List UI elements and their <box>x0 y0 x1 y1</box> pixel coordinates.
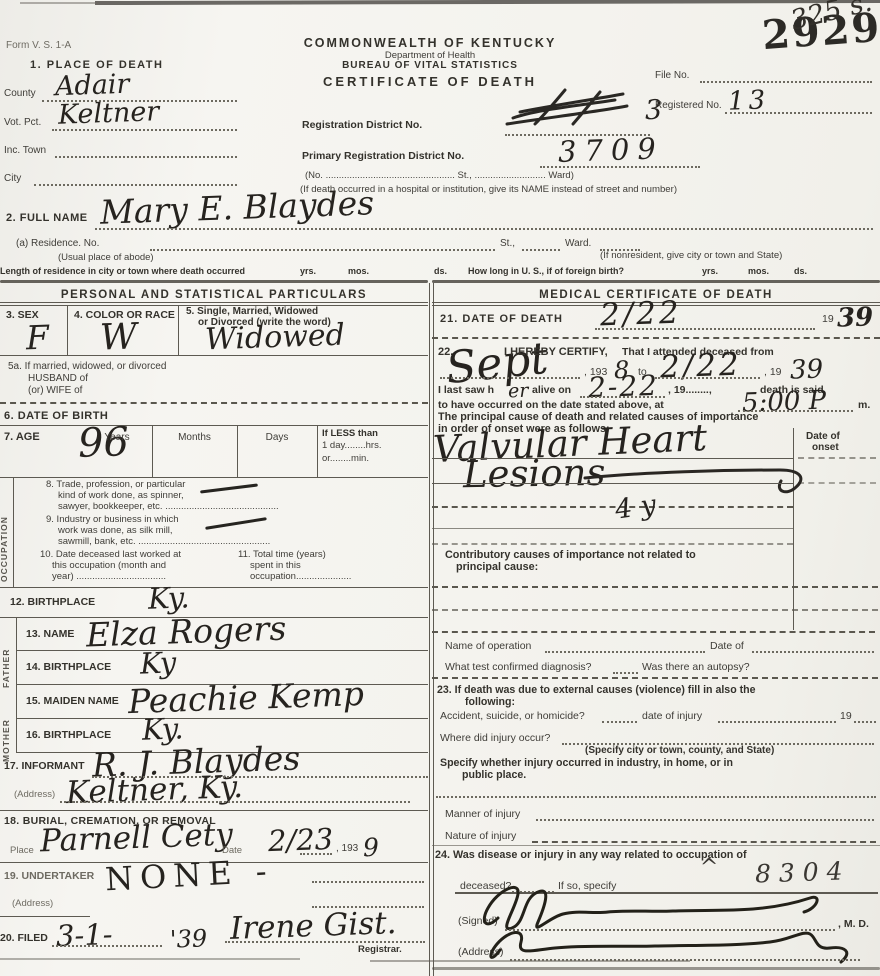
contributory-line-1: Contributory causes of importance not re… <box>445 549 696 561</box>
scan-artifact-top <box>95 0 880 5</box>
father-name-line <box>16 650 428 651</box>
age-value: 96 <box>77 419 129 467</box>
residence-ward-label: Ward. <box>565 238 591 249</box>
nature-line <box>532 840 876 843</box>
contributory-rule-3 <box>432 630 875 633</box>
external-line-1: 23. If death was due to external causes … <box>437 684 756 696</box>
certify-to-value: 2/22 <box>659 347 742 386</box>
title-certificate: CERTIFICATE OF DEATH <box>250 74 610 89</box>
cause-rule-4 <box>432 528 793 529</box>
lastworked-line-3: year) .................................. <box>52 571 166 582</box>
bottom-smudge-left <box>0 958 300 960</box>
primary-district-value: 3709 <box>557 131 664 169</box>
husband-divider <box>0 401 428 404</box>
residence-st-line <box>522 248 560 251</box>
title-bureau: BUREAU OF VITAL STATISTICS <box>250 60 610 71</box>
sex-value: F <box>25 318 49 358</box>
operation-line <box>545 650 705 653</box>
lastsaw-a: I last saw h <box>438 384 494 396</box>
mother-name-label: 15. MAIDEN NAME <box>26 695 119 707</box>
father-vertical-label: FATHER <box>1 626 11 688</box>
mother-bp-label: 16. BIRTHPLACE <box>26 729 111 741</box>
reg-district-scribble <box>505 88 635 128</box>
contributory-rule-1 <box>432 585 878 588</box>
informant-divider <box>0 810 428 811</box>
birthplace-label: 12. BIRTHPLACE <box>10 596 95 608</box>
county-label: County <box>4 88 36 99</box>
undertaker-value: NONE - <box>104 852 274 899</box>
lastworked-line-1: 10. Date deceased last worked at <box>40 549 181 560</box>
industry-line-1: 9. Industry or business in which <box>46 514 179 525</box>
informant-addr-label: (Address) <box>14 789 55 800</box>
mother-vertical-label: MOTHER <box>1 696 11 762</box>
inc-town-label: Inc. Town <box>4 145 46 156</box>
external-line-2: following: <box>465 696 515 708</box>
nature-divider <box>432 845 880 846</box>
full-name-line <box>95 227 873 230</box>
marital-value: Widowed <box>204 318 345 358</box>
residence-sublabel: (Usual place of abode) <box>58 252 154 263</box>
filed-date-value: 3-1- <box>55 917 113 953</box>
lastsaw-line <box>580 395 665 398</box>
city-label: City <box>4 173 21 184</box>
certify-bold: I HEREBY CERTIFY, <box>504 346 608 358</box>
manner-line <box>536 818 874 821</box>
manner-label: Manner of injury <box>445 808 520 820</box>
undertaker-addr-label: (Address) <box>12 898 53 909</box>
scan-artifact-top-left <box>20 2 100 4</box>
burial-date-line <box>300 852 332 855</box>
informant-addr-value: Keltner, Ky. <box>65 769 243 811</box>
full-name-label: 2. FULL NAME <box>6 212 88 224</box>
industry-line-3: sawmill, bank, etc. ....................… <box>58 536 270 547</box>
occupation-box-left <box>13 477 14 587</box>
operation-date-line <box>752 650 874 653</box>
divider-main-right <box>432 280 880 283</box>
length-yrs: yrs. <box>300 266 316 276</box>
operation-date-label: Date of <box>710 640 744 652</box>
husband-line-3: (or) WIFE of <box>28 385 82 396</box>
cause-rule-3 <box>432 505 793 508</box>
informant-addr-line <box>60 800 410 803</box>
lastsaw-c: , 19........, <box>668 384 712 396</box>
age-days-header: Days <box>237 432 317 443</box>
informant-label: 17. INFORMANT <box>4 760 85 772</box>
dod-year-printed: 19 <box>822 313 834 325</box>
undertaker-label: 19. UNDERTAKER <box>4 870 94 882</box>
length-residence-label: Length of residence in city or town wher… <box>0 266 245 276</box>
operation-label: Name of operation <box>445 640 531 652</box>
external-line-3b: date of injury <box>642 710 702 722</box>
onset-header-2: onset <box>812 442 839 453</box>
cause-rule-5 <box>432 542 793 545</box>
trade-blank-dash-mark <box>200 483 258 493</box>
husband-line-2: HUSBAND of <box>28 373 88 384</box>
contributory-line-2: principal cause: <box>456 561 538 573</box>
external-3c-line <box>854 720 876 723</box>
form-code: Form V. S. 1-A <box>6 40 71 51</box>
foreign-mos: mos. <box>748 266 769 276</box>
undertaker-divider <box>0 916 90 917</box>
external-line-5: (Specify city or town, county, and State… <box>585 745 774 756</box>
totaltime-line-2: spent in this <box>250 560 301 571</box>
specify-caret-mark: ^ <box>700 855 719 881</box>
registrar-line <box>225 940 425 943</box>
birthplace-value: Ky. <box>147 580 190 615</box>
burial-year-printed: , 193 <box>336 843 358 854</box>
age-months-header: Months <box>152 432 237 443</box>
test-label: What test confirmed diagnosis? <box>445 661 592 673</box>
nonresident-note: (If nonresident, give city or town and S… <box>600 250 782 261</box>
age-cell-line-1 <box>152 425 153 477</box>
father-bp-label: 14. BIRTHPLACE <box>26 661 111 673</box>
age-label: 7. AGE <box>4 431 40 443</box>
age-cell-line-3 <box>317 425 318 477</box>
divider-main-left <box>0 280 428 283</box>
city-line <box>34 183 237 186</box>
onset-header-1: Date of <box>806 431 840 442</box>
age-years-header: Years <box>82 432 152 443</box>
primary-district-line <box>540 165 700 168</box>
onset-value: 4 y <box>613 489 658 525</box>
personal-section-title: PERSONAL AND STATISTICAL PARTICULARS <box>0 289 428 301</box>
external-line-3a: Accident, suicide, or homicide? <box>440 710 585 722</box>
foreign-ds: ds. <box>794 266 807 276</box>
totaltime-line-3: occupation..................... <box>250 571 351 582</box>
registrar-label: Registrar. <box>358 944 402 955</box>
title-commonwealth: COMMONWEALTH OF KENTUCKY <box>250 36 610 50</box>
father-name-label: 13. NAME <box>26 628 74 640</box>
street-line: (No. ...................................… <box>305 170 574 181</box>
external-3a-line <box>602 720 637 723</box>
dob-divider <box>0 425 428 426</box>
residence-line <box>150 248 495 251</box>
cell-line-2 <box>178 305 179 355</box>
mother-bp-value: Ky. <box>141 711 184 746</box>
contributory-rule-2 <box>432 608 878 611</box>
physician-address-line <box>510 958 860 961</box>
totaltime-line-1: 11. Total time (years) <box>238 549 326 560</box>
inc-town-line <box>55 155 237 158</box>
lastworked-line-2: this occupation (month and <box>52 560 166 571</box>
external-line-3c: 19 <box>840 710 852 722</box>
dod-year-value: 39 <box>836 302 873 333</box>
occurred-m: m. <box>858 399 870 411</box>
external-line-6: Specify whether injury occurred in indus… <box>440 757 733 769</box>
age-less-3: or........min. <box>322 453 369 464</box>
file-no-line <box>700 80 872 83</box>
filed-year-value: '39 <box>170 924 208 953</box>
death-certificate: Form V. S. 1-A 1. PLACE OF DEATH County … <box>0 0 880 976</box>
test-line <box>613 671 638 674</box>
marital-label-1: 5. Single, Married, Widowed <box>186 306 318 317</box>
age-less-1: If LESS than <box>322 428 378 439</box>
length-ds: ds. <box>434 266 447 276</box>
physician-address-signature <box>485 920 865 970</box>
external-line-4: Where did injury occur? <box>440 732 550 744</box>
cause-rule-2 <box>432 483 793 484</box>
burial-place-label: Place <box>10 845 34 856</box>
mother-name-line <box>16 718 428 719</box>
external-3b-line <box>718 720 836 723</box>
autopsy-underline <box>432 676 878 679</box>
cell-line-1 <box>67 305 68 355</box>
primary-district-label: Primary Registration District No. <box>302 150 464 162</box>
length-mos: mos. <box>348 266 369 276</box>
certify-to-line <box>655 376 760 379</box>
vot-pct-line <box>52 128 237 131</box>
trade-line-2: kind of work done, as spinner, <box>58 490 184 501</box>
certify-year2-value: 39 <box>789 354 823 385</box>
residence-st-label: St., <box>500 238 515 249</box>
father-group-line <box>16 617 17 687</box>
reg-district-label: Registration District No. <box>302 119 422 131</box>
file-no-label: File No. <box>655 70 689 81</box>
father-name-value: Elza Rogers <box>85 609 287 655</box>
filed-label: 20. FILED <box>0 932 48 944</box>
occurred-line: to have occurred on the date stated abov… <box>438 399 664 411</box>
occupation-box-bottom <box>0 587 428 588</box>
filed-date-line <box>52 944 162 947</box>
autopsy-label: Was there an autopsy? <box>642 661 750 673</box>
lastsaw-b: alive on <box>532 384 571 396</box>
color-value: W <box>99 316 137 358</box>
certify-year2-printed: , 19 <box>764 366 782 378</box>
undertaker-line <box>312 880 424 883</box>
full-name-value: Mary E. Blaydes <box>99 183 374 232</box>
foreign-label: How long in U. S., if of foreign birth? <box>468 266 624 276</box>
registered-no-label: Registered No. <box>655 100 722 111</box>
age-cell-line-2 <box>237 425 238 477</box>
external-line-7: public place. <box>462 769 526 781</box>
column-divider-1 <box>429 283 430 976</box>
external-blank-line <box>436 795 876 798</box>
certify-from-line <box>440 376 580 379</box>
vot-pct-label: Vot. Pct. <box>4 117 41 128</box>
foreign-yrs: yrs. <box>702 266 718 276</box>
burial-place-value: Parnell Cety <box>39 817 233 860</box>
dod-line <box>595 327 815 330</box>
burial-year-value: 9 <box>362 833 379 863</box>
father-bp-value: Ky <box>139 645 176 680</box>
residence-label: (a) Residence. No. <box>16 238 99 249</box>
trade-line-3: sawyer, bookkeeper, etc. ...............… <box>58 501 279 512</box>
nature-label: Nature of injury <box>445 830 516 842</box>
dod-label: 21. DATE OF DEATH <box>440 313 563 325</box>
husband-line-1: 5a. If married, widowed, or divorced <box>8 361 166 372</box>
vot-pct-value: Keltner <box>57 96 159 131</box>
industry-line-2: work was done, as silk mill, <box>58 525 173 536</box>
age-bottom-line <box>0 477 428 478</box>
bottom-smudge-right <box>432 967 880 970</box>
occupation-vertical-label: OCCUPATION <box>0 482 9 582</box>
registered-no-line <box>725 111 872 114</box>
age-less-2: 1 day........hrs. <box>322 440 382 451</box>
industry-blank-dash-mark <box>205 517 267 530</box>
trade-line-1: 8. Trade, profession, or particular <box>46 479 185 490</box>
personal-header-line1 <box>0 302 428 303</box>
